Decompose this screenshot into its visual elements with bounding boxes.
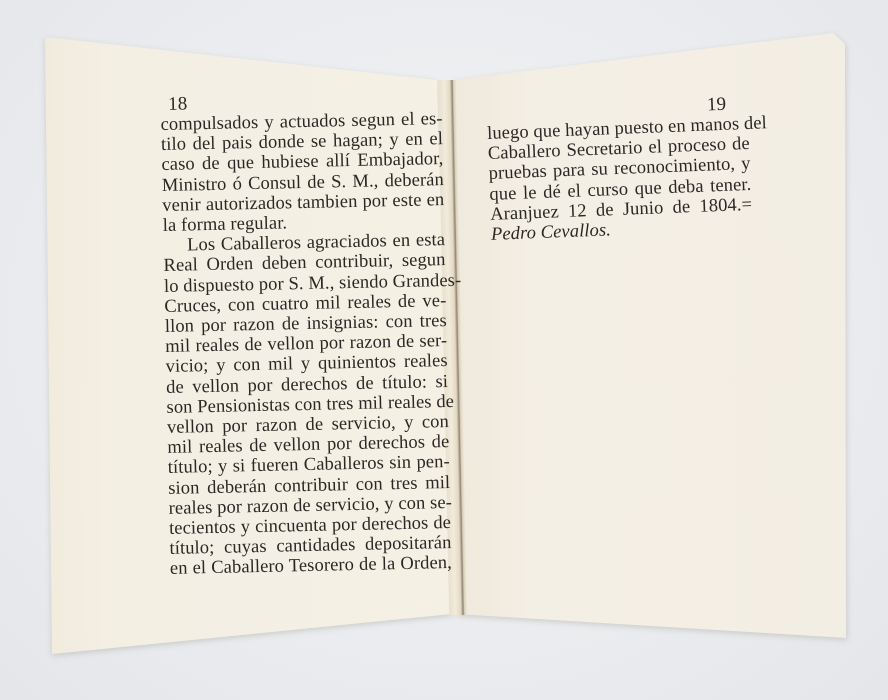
- book-photo: 18 compulsados y actuados segun el es- t…: [0, 0, 888, 700]
- right-page-text: 19 luego que hayan puesto en manos del C…: [486, 94, 753, 245]
- left-page-text: 18 compulsados y actuados segun el es- t…: [160, 89, 452, 579]
